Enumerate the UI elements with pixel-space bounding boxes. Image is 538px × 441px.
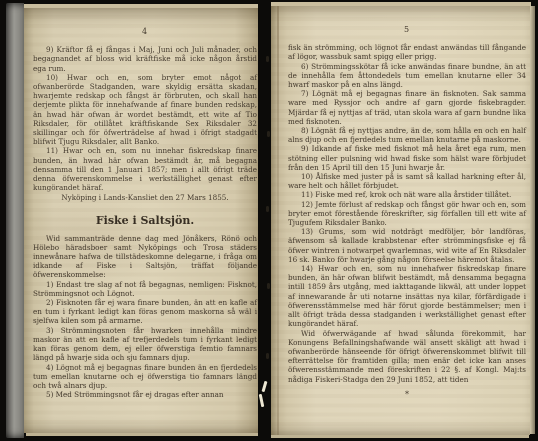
page-edge <box>530 6 535 434</box>
paragraph: 5) Med Strömmingsnot får ej dragas efter… <box>33 390 257 399</box>
paragraph: 13) Grums, som wid notdrägt medföljer, b… <box>288 227 526 264</box>
paragraph: 4) Lögnot må ej begagnas finare bunden ä… <box>33 363 257 391</box>
paragraph: 10) Hwar och en, som bryter emot något a… <box>33 73 257 147</box>
right-page-paragraphs: fisk än strömming, och lögnot får endast… <box>288 43 526 399</box>
binding-stitch <box>262 381 268 392</box>
left-page-paragraphs: 9) Kräftor få ej fångas i Maj, Juni och … <box>33 45 257 399</box>
paragraph: 3) Strömmingsnoten får hwarken innehålla… <box>33 326 257 363</box>
paragraph: Wid öfwerwägande af hwad sålunda förekom… <box>288 329 526 384</box>
page-number-left: 4 <box>33 27 257 36</box>
paragraph: Wid sammanträde denne dag med Jönåkers, … <box>33 234 257 280</box>
paragraph: 12) Jemte förlust af redskap och fångst … <box>288 200 526 228</box>
binding-mark <box>266 353 269 359</box>
binding-mark <box>267 283 270 289</box>
paragraph: fisk än strömming, och lögnot får endast… <box>288 43 526 61</box>
paragraph: 9) Idkande af fiske med fisknot må hela … <box>288 144 526 172</box>
section-heading: Fiske i Saltsjön. <box>33 215 257 227</box>
paragraph: 6) Strömmingsskötar få icke anwändas fin… <box>288 62 526 90</box>
left-page-text: 4 9) Kräftor få ej fångas i Maj, Juni oc… <box>33 27 257 399</box>
paragraph: 11) Hwar och en, som nu innehar fiskreds… <box>33 146 257 192</box>
book-cover-edge <box>6 3 24 438</box>
dateline: Nyköping i Lands-Kansliet den 27 Mars 18… <box>33 193 257 202</box>
gutter-crease <box>277 6 279 435</box>
paragraph: 9) Kräftor få ej fångas i Maj, Juni och … <box>33 45 257 73</box>
page-number-right: 5 <box>288 25 526 34</box>
binding-mark <box>267 131 270 137</box>
paragraph: 11) Fiske med ref, krok och nät ware all… <box>288 190 526 199</box>
paragraph: 1) Endast tre slag af not få begagnas, n… <box>33 280 257 298</box>
right-page-text: 5 fisk än strömming, och lögnot får enda… <box>288 25 526 399</box>
paragraph: 2) Fisknoten får ej wara finare bunden, … <box>33 298 257 326</box>
footnote-mark: * <box>288 390 526 399</box>
binding-stitch <box>259 394 265 407</box>
paragraph: 14) Hwar och en, som nu innehafwer fiskr… <box>288 264 526 328</box>
book-scan: 4 9) Kräftor få ej fångas i Maj, Juni oc… <box>0 0 538 441</box>
paragraph: 10) Ålfiske med juster på is samt så kal… <box>288 172 526 190</box>
paragraph: 8) Lögnät få ej nyttjas andre, än de, so… <box>288 126 526 144</box>
paragraph: 7) Lögnät må ej begagnas finare än fiskn… <box>288 89 526 126</box>
binding-mark <box>266 56 269 62</box>
binding-mark <box>266 206 269 212</box>
